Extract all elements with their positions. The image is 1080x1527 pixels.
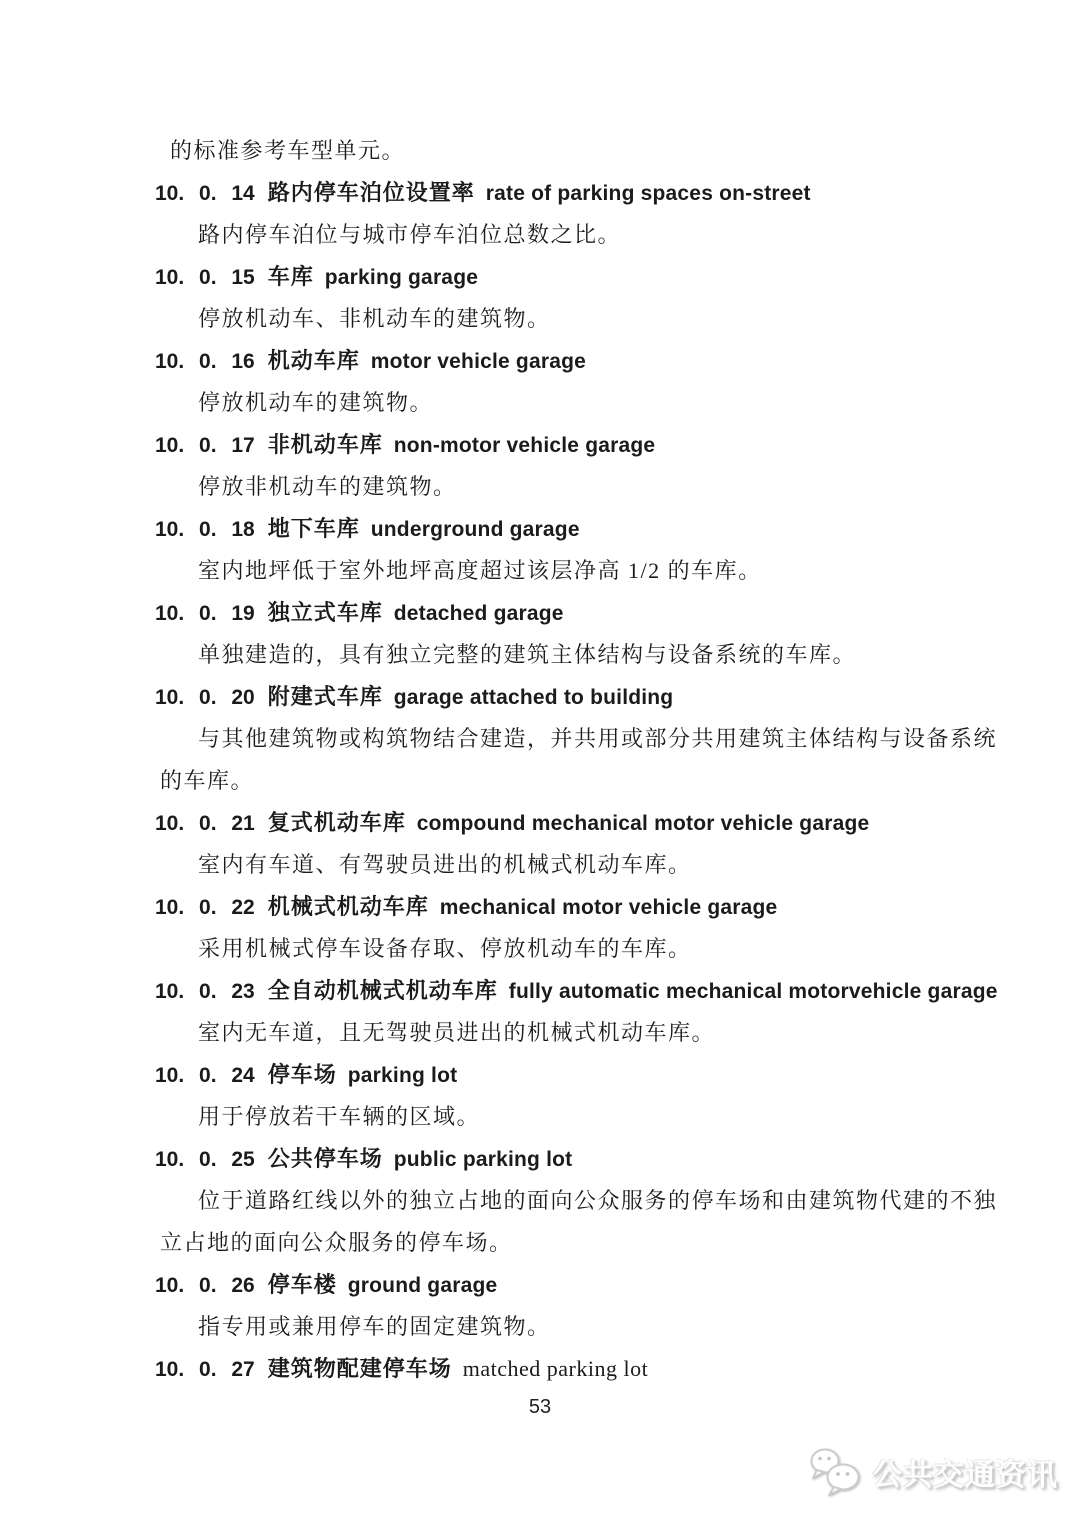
- entry-definition-line: 停放非机动车的建筑物。: [0, 466, 1080, 508]
- entry-number: 10. 0. 22: [155, 896, 255, 919]
- glossary-entries: 10. 0. 14路内停车泊位设置率rate of parking spaces…: [0, 172, 1080, 1390]
- entry-definition-line: 路内停车泊位与城市停车泊位总数之比。: [0, 214, 1080, 256]
- entry-term-en: mechanical motor vehicle garage: [440, 896, 778, 919]
- entry-number: 10. 0. 18: [155, 518, 255, 541]
- entry-term-en: compound mechanical motor vehicle garage: [417, 812, 870, 835]
- glossary-entry: 10. 0. 18地下车库underground garage 室内地坪低于室外…: [0, 508, 1080, 592]
- glossary-entry: 10. 0. 20附建式车库garage attached to buildin…: [0, 676, 1080, 802]
- entry-number: 10. 0. 15: [155, 266, 255, 289]
- entry-number: 10. 0. 16: [155, 350, 255, 373]
- entry-heading: 10. 0. 25公共停车场public parking lot: [0, 1138, 1080, 1180]
- entry-definition-line: 与其他建筑物或构筑物结合建造，并共用或部分共用建筑主体结构与设备系统: [0, 718, 1080, 760]
- entry-term-zh: 路内停车泊位设置率: [268, 180, 475, 205]
- entry-heading: 10. 0. 22机械式机动车库mechanical motor vehicle…: [0, 886, 1080, 928]
- entry-definition-line: 采用机械式停车设备存取、停放机动车的车库。: [0, 928, 1080, 970]
- entry-number: 10. 0. 17: [155, 434, 255, 457]
- glossary-entry: 10. 0. 26停车楼ground garage 指专用或兼用停车的固定建筑物…: [0, 1264, 1080, 1348]
- wechat-icon: [808, 1446, 864, 1498]
- entry-definition-line: 室内有车道、有驾驶员进出的机械式机动车库。: [0, 844, 1080, 886]
- watermark: 公共交通资讯: [808, 1446, 1058, 1498]
- glossary-entry: 10. 0. 17非机动车库non-motor vehicle garage 停…: [0, 424, 1080, 508]
- page-number: 53: [0, 1392, 1080, 1422]
- glossary-entry: 10. 0. 25公共停车场public parking lot 位于道路红线以…: [0, 1138, 1080, 1264]
- entry-definition-line: 的车库。: [0, 760, 1080, 802]
- entry-definition-line: 位于道路红线以外的独立占地的面向公众服务的停车场和由建筑物代建的不独: [0, 1180, 1080, 1222]
- entry-definition-line: 立占地的面向公众服务的停车场。: [0, 1222, 1080, 1264]
- glossary-entry: 10. 0. 22机械式机动车库mechanical motor vehicle…: [0, 886, 1080, 970]
- entry-term-en: parking lot: [348, 1064, 458, 1087]
- entry-term-zh: 机械式机动车库: [268, 894, 429, 919]
- entry-term-en: rate of parking spaces on-street: [486, 182, 811, 205]
- entry-heading: 10. 0. 16机动车库motor vehicle garage: [0, 340, 1080, 382]
- glossary-entry: 10. 0. 15车库parking garage 停放机动车、非机动车的建筑物…: [0, 256, 1080, 340]
- entry-definition-line: 指专用或兼用停车的固定建筑物。: [0, 1306, 1080, 1348]
- watermark-label: 公共交通资讯: [872, 1450, 1058, 1494]
- entry-term-en: underground garage: [371, 518, 580, 541]
- entry-term-en: motor vehicle garage: [371, 350, 586, 373]
- entry-term-zh: 独立式车库: [268, 600, 383, 625]
- glossary-entry: 10. 0. 21复式机动车库compound mechanical motor…: [0, 802, 1080, 886]
- entry-number: 10. 0. 21: [155, 812, 255, 835]
- entry-term-en: garage attached to building: [394, 686, 674, 709]
- entry-heading: 10. 0. 19独立式车库detached garage: [0, 592, 1080, 634]
- entry-definition-line: 停放机动车、非机动车的建筑物。: [0, 298, 1080, 340]
- entry-definition-line: 单独建造的，具有独立完整的建筑主体结构与设备系统的车库。: [0, 634, 1080, 676]
- entry-heading: 10. 0. 23全自动机械式机动车库fully automatic mecha…: [0, 970, 1080, 1012]
- entry-definition-line: 停放机动车的建筑物。: [0, 382, 1080, 424]
- entry-term-en: parking garage: [325, 266, 478, 289]
- entry-term-zh: 停车场: [268, 1062, 337, 1087]
- entry-term-zh: 地下车库: [268, 516, 360, 541]
- intro-continuation-line: 的标准参考车型单元。: [0, 130, 1080, 172]
- entry-heading: 10. 0. 17非机动车库non-motor vehicle garage: [0, 424, 1080, 466]
- entry-heading: 10. 0. 27建筑物配建停车场matched parking lot: [0, 1348, 1080, 1390]
- entry-term-zh: 附建式车库: [268, 684, 383, 709]
- entry-number: 10. 0. 24: [155, 1064, 255, 1087]
- entry-number: 10. 0. 20: [155, 686, 255, 709]
- entry-term-en: matched parking lot: [463, 1356, 648, 1381]
- entry-term-zh: 车库: [268, 264, 314, 289]
- entry-term-zh: 公共停车场: [268, 1146, 383, 1171]
- entry-heading: 10. 0. 24停车场parking lot: [0, 1054, 1080, 1096]
- entry-term-zh: 建筑物配建停车场: [268, 1356, 452, 1381]
- entry-number: 10. 0. 23: [155, 980, 255, 1003]
- entry-term-en: ground garage: [348, 1274, 498, 1297]
- glossary-entry: 10. 0. 23全自动机械式机动车库fully automatic mecha…: [0, 970, 1080, 1054]
- entry-term-zh: 复式机动车库: [268, 810, 406, 835]
- glossary-entry: 10. 0. 24停车场parking lot 用于停放若干车辆的区域。: [0, 1054, 1080, 1138]
- entry-number: 10. 0. 14: [155, 182, 255, 205]
- entry-number: 10. 0. 25: [155, 1148, 255, 1171]
- glossary-entry: 10. 0. 27建筑物配建停车场matched parking lot: [0, 1348, 1080, 1390]
- glossary-entry: 10. 0. 19独立式车库detached garage 单独建造的，具有独立…: [0, 592, 1080, 676]
- entry-term-en: public parking lot: [394, 1148, 573, 1171]
- entry-term-en: non-motor vehicle garage: [394, 434, 656, 457]
- document-page-content: 的标准参考车型单元。 10. 0. 14路内停车泊位设置率rate of par…: [0, 130, 1080, 1390]
- glossary-entry: 10. 0. 14路内停车泊位设置率rate of parking spaces…: [0, 172, 1080, 256]
- entry-term-en: fully automatic mechanical motorvehicle …: [509, 980, 998, 1003]
- entry-number: 10. 0. 26: [155, 1274, 255, 1297]
- entry-heading: 10. 0. 20附建式车库garage attached to buildin…: [0, 676, 1080, 718]
- entry-definition-line: 室内无车道，且无驾驶员进出的机械式机动车库。: [0, 1012, 1080, 1054]
- entry-heading: 10. 0. 26停车楼ground garage: [0, 1264, 1080, 1306]
- entry-term-en: detached garage: [394, 602, 564, 625]
- entry-heading: 10. 0. 18地下车库underground garage: [0, 508, 1080, 550]
- entry-term-zh: 停车楼: [268, 1272, 337, 1297]
- entry-heading: 10. 0. 21复式机动车库compound mechanical motor…: [0, 802, 1080, 844]
- entry-term-zh: 非机动车库: [268, 432, 383, 457]
- entry-term-zh: 全自动机械式机动车库: [268, 978, 498, 1003]
- entry-definition-line: 用于停放若干车辆的区域。: [0, 1096, 1080, 1138]
- entry-heading: 10. 0. 14路内停车泊位设置率rate of parking spaces…: [0, 172, 1080, 214]
- entry-number: 10. 0. 19: [155, 602, 255, 625]
- glossary-entry: 10. 0. 16机动车库motor vehicle garage 停放机动车的…: [0, 340, 1080, 424]
- entry-heading: 10. 0. 15车库parking garage: [0, 256, 1080, 298]
- entry-term-zh: 机动车库: [268, 348, 360, 373]
- entry-definition-line: 室内地坪低于室外地坪高度超过该层净高 1/2 的车库。: [0, 550, 1080, 592]
- entry-number: 10. 0. 27: [155, 1358, 255, 1381]
